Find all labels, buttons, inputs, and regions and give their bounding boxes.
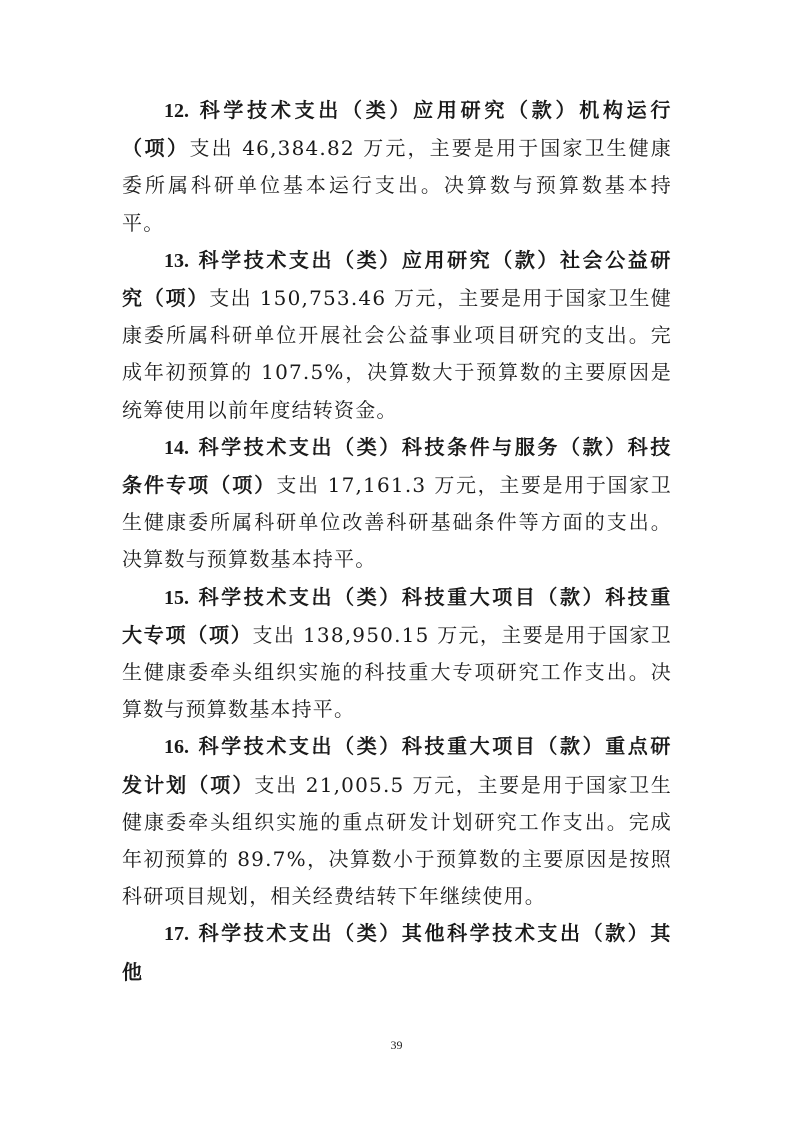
paragraph-17: 17. 科学技术支出（类）其他科学技术支出（款）其他 bbox=[122, 915, 672, 990]
heading-text: 科学技术支出（类）其他科学技术支出（款）其他 bbox=[122, 921, 672, 983]
paragraph-13: 13. 科学技术支出（类）应用研究（款）社会公益研究（项）支出 150,753.… bbox=[122, 242, 672, 429]
paragraph-heading: 17. 科学技术支出（类）其他科学技术支出（款）其他 bbox=[122, 921, 672, 983]
page-number: 39 bbox=[0, 1038, 793, 1053]
item-number: 12. bbox=[164, 100, 189, 122]
paragraph-body: 支出 46,384.82 万元，主要是用于国家卫生健康委所属科研单位基本运行支出… bbox=[122, 136, 672, 234]
item-number: 16. bbox=[164, 736, 189, 758]
paragraph-14: 14. 科学技术支出（类）科技条件与服务（款）科技条件专项（项）支出 17,16… bbox=[122, 429, 672, 579]
item-number: 14. bbox=[164, 437, 189, 459]
paragraph-12: 12. 科学技术支出（类）应用研究（款）机构运行（项）支出 46,384.82 … bbox=[122, 92, 672, 242]
document-page: 12. 科学技术支出（类）应用研究（款）机构运行（项）支出 46,384.82 … bbox=[122, 92, 672, 991]
item-number: 17. bbox=[164, 923, 189, 945]
paragraph-16: 16. 科学技术支出（类）科技重大项目（款）重点研发计划（项）支出 21,005… bbox=[122, 728, 672, 915]
item-number: 13. bbox=[164, 250, 189, 272]
item-number: 15. bbox=[164, 587, 189, 609]
paragraph-15: 15. 科学技术支出（类）科技重大项目（款）科技重大专项（项）支出 138,95… bbox=[122, 579, 672, 729]
